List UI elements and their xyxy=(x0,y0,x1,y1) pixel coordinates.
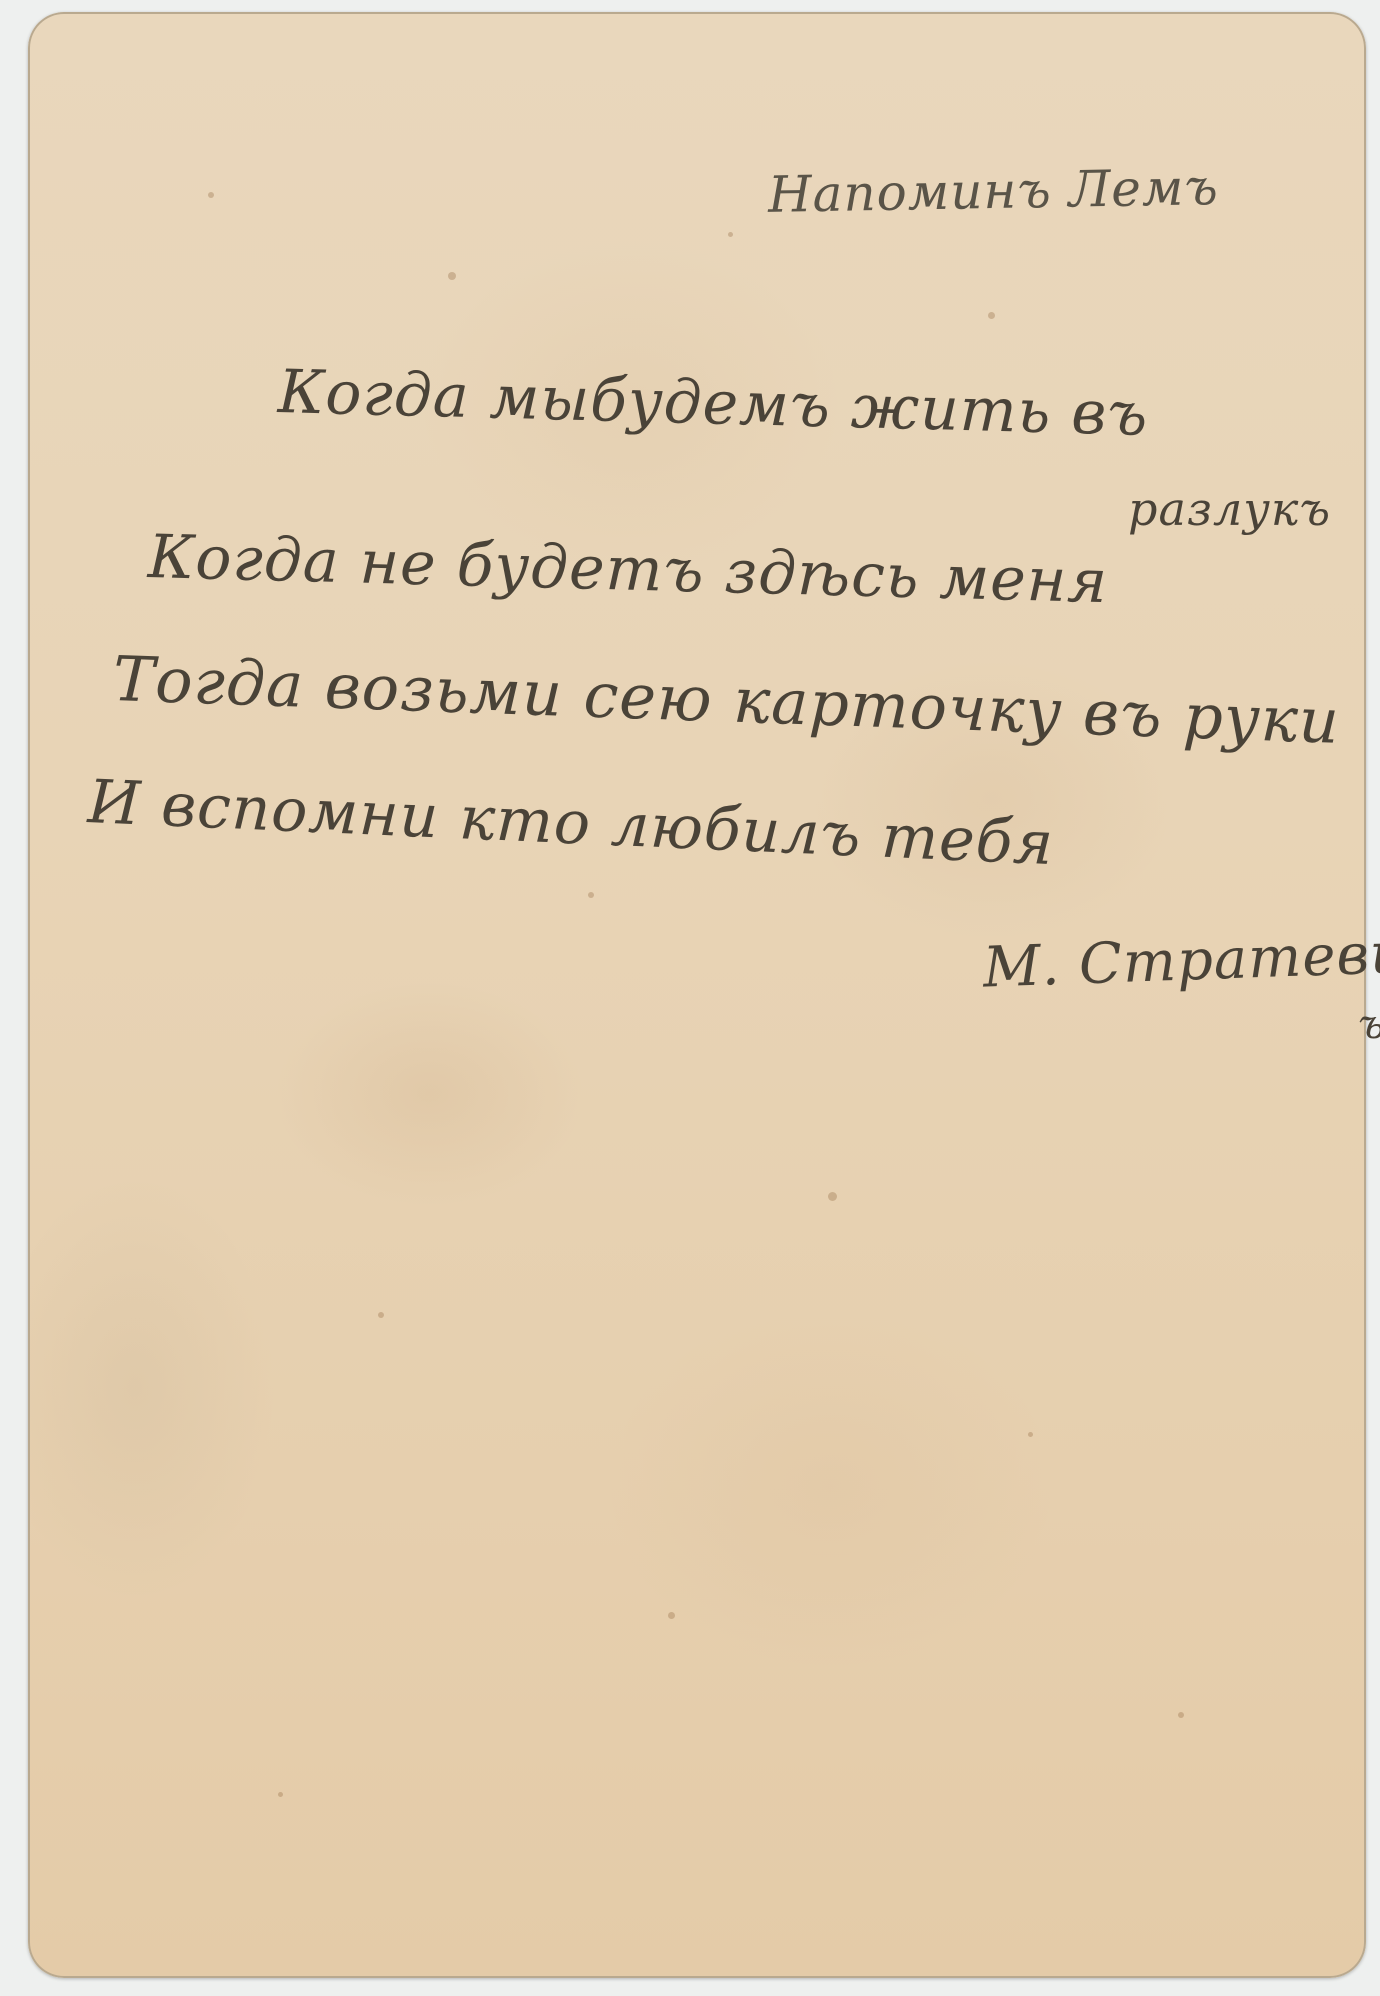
poem-line-3: Тогда возьми сею карточку въ руки xyxy=(112,642,1341,758)
poem-line-1: Когда мыбудемъ жить въ xyxy=(277,357,1149,450)
signature-tail: ъ xyxy=(1358,1002,1380,1048)
stain xyxy=(378,1312,384,1318)
stain xyxy=(588,892,594,898)
signature: М. Стратевичъ xyxy=(982,918,1380,1000)
stain xyxy=(728,232,733,237)
poem-line-2: Когда не будетъ здѣсь меня xyxy=(147,522,1109,617)
dedication-text: Напоминъ Лемъ xyxy=(768,158,1220,224)
stain xyxy=(1178,1712,1184,1718)
stain xyxy=(448,272,456,280)
stain xyxy=(828,1192,837,1201)
stain xyxy=(278,1792,283,1797)
stain xyxy=(668,1612,675,1619)
poem-line-4: И вспомни кто любилъ тебя xyxy=(86,767,1055,879)
stain xyxy=(208,192,214,198)
photo-card-back: Напоминъ Лемъ Когда мыбудемъ жить въ раз… xyxy=(28,12,1366,1978)
stain xyxy=(1028,1432,1033,1437)
poem-line-1-continuation: разлукъ xyxy=(1128,482,1331,536)
stain xyxy=(988,312,995,319)
